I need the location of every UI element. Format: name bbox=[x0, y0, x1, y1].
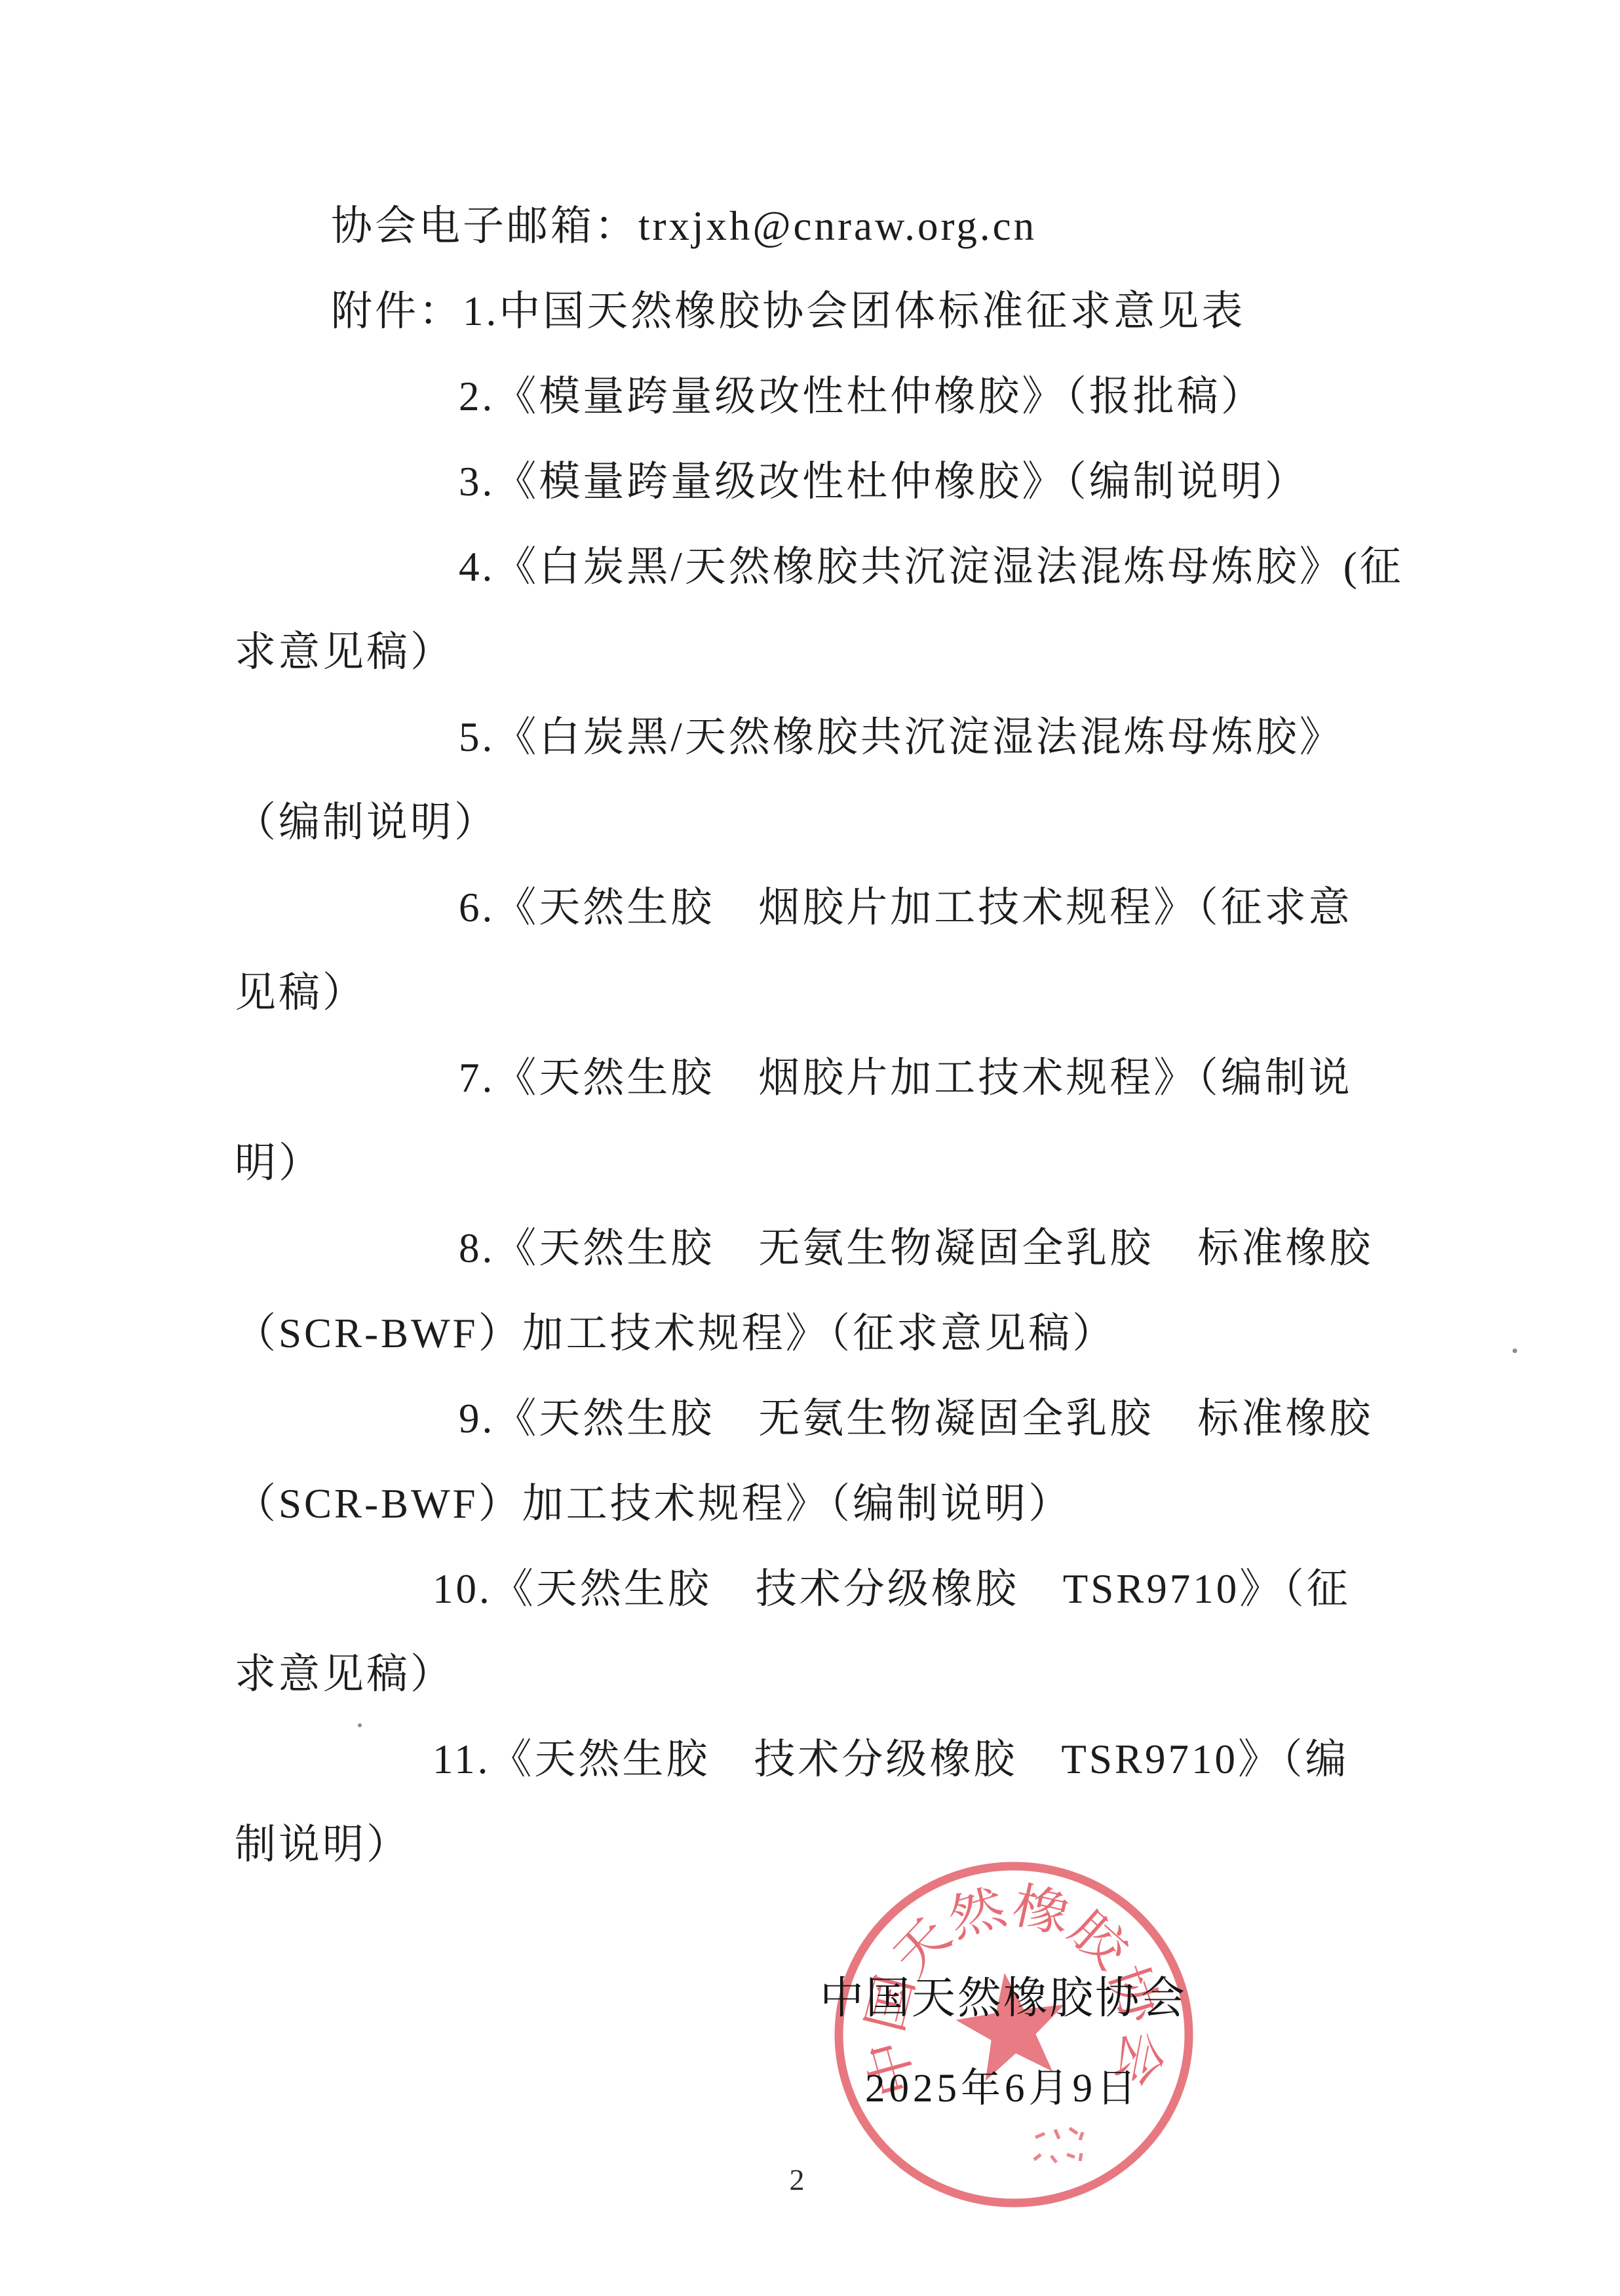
official-seal-stamp: 中国天然橡胶协会 bbox=[773, 1795, 1258, 2280]
attachment-item-continuation: 求意见稿） bbox=[235, 609, 454, 695]
stamp-serial-marks bbox=[1034, 2128, 1083, 2162]
attachment-item: 4.《白炭黑/天然橡胶共沉淀湿法混炼母炼胶》(征 bbox=[459, 524, 1404, 609]
attachment-item: 10.《天然生胶 技术分级橡胶 TSR9710》（征 bbox=[433, 1546, 1351, 1632]
attachment-item-continuation: 明） bbox=[235, 1120, 322, 1206]
scan-speck bbox=[358, 1723, 362, 1727]
attachment-item-continuation: 求意见稿） bbox=[235, 1632, 454, 1717]
attachment-item-continuation: （编制说明） bbox=[235, 780, 498, 865]
email-line: 协会电子邮箱：trxjxh@cnraw.org.cn bbox=[331, 183, 1037, 269]
attachment-item-continuation: （SCR-BWF）加工技术规程》（征求意见稿） bbox=[235, 1291, 1116, 1376]
signature-org: 中国天然橡胶协会 bbox=[820, 1974, 1226, 2023]
attachment-item-continuation: （SCR-BWF）加工技术规程》（编制说明） bbox=[235, 1461, 1072, 1546]
attachment-item-continuation: 制说明） bbox=[235, 1802, 410, 1887]
attachment-item: 8.《天然生胶 无氨生物凝固全乳胶 标准橡胶 bbox=[459, 1206, 1373, 1291]
attachment-item: 7.《天然生胶 烟胶片加工技术规程》（编制说 bbox=[459, 1035, 1353, 1120]
scan-speck bbox=[1513, 1349, 1517, 1353]
attachment-header: 附件：1.中国天然橡胶协会团体标准征求意见表 bbox=[331, 269, 1245, 354]
attachment-item-continuation: 见稿） bbox=[235, 950, 366, 1035]
attachment-item: 6.《天然生胶 烟胶片加工技术规程》（征求意 bbox=[459, 865, 1353, 950]
attachment-item: 2.《模量跨量级改性杜仲橡胶》（报批稿） bbox=[459, 354, 1265, 439]
signature-date: 2025年6月9日 bbox=[819, 2065, 1186, 2113]
attachment-item: 3.《模量跨量级改性杜仲橡胶》（编制说明） bbox=[459, 439, 1309, 524]
document-page: 协会电子邮箱：trxjxh@cnraw.org.cn 附件：1.中国天然橡胶协会… bbox=[0, 0, 1620, 2296]
attachment-item: 5.《白炭黑/天然橡胶共沉淀湿法混炼母炼胶》 bbox=[459, 695, 1343, 780]
attachment-item: 9.《天然生胶 无氨生物凝固全乳胶 标准橡胶 bbox=[459, 1376, 1373, 1461]
attachment-item: 11.《天然生胶 技术分级橡胶 TSR9710》（编 bbox=[433, 1717, 1349, 1802]
page-number: 2 bbox=[777, 2160, 817, 2200]
